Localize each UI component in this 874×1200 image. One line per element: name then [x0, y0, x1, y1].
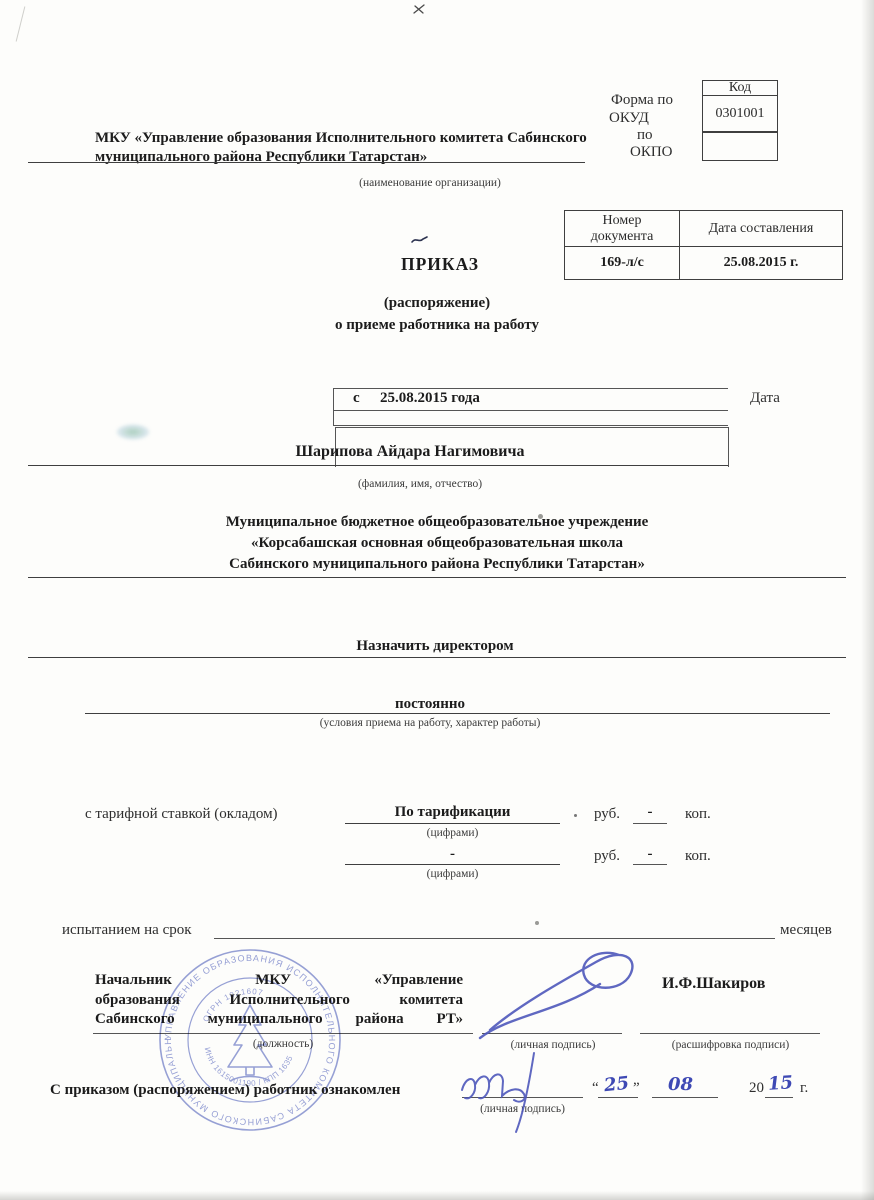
conditions-value: постоянно: [330, 696, 530, 713]
pen-mark-top: [412, 2, 428, 17]
okud-code-cell: 0301001: [702, 95, 778, 133]
digits-caption-2: (цифрами): [395, 868, 510, 880]
order-subtitle-1: (распоряжение): [287, 295, 587, 312]
order-title: ПРИКАЗ: [380, 254, 500, 275]
handwritten-year: 15: [767, 1072, 793, 1095]
kop-label-1: коп.: [685, 806, 711, 823]
doc-date-header: Дата составления: [680, 211, 843, 247]
okpo-code-cell: [702, 131, 778, 161]
svg-text:УПРАВЛЕНИЕ ОБРАЗОВАНИЯ ИСПОЛНИ: УПРАВЛЕНИЕ ОБРАЗОВАНИЯ ИСПОЛНИТЕЛЬНОГО К…: [150, 943, 337, 1127]
code-table-header: Код: [702, 80, 778, 96]
employee-signature: [452, 1050, 567, 1135]
conditions-underline: [85, 713, 830, 714]
salary-value-2: -: [345, 846, 560, 863]
stamp-fir-tree-icon: [228, 1005, 272, 1081]
year-suffix: г.: [800, 1080, 808, 1097]
kop-label-2: коп.: [685, 848, 711, 865]
day-underline: [598, 1097, 638, 1098]
date-box-bottom-line: [333, 425, 728, 426]
date-label: Дата: [750, 390, 780, 407]
day-quote-close: ”: [633, 1080, 640, 1097]
label-forma-po: Форма по: [611, 92, 673, 109]
order-document-page: Форма по ОКУД по ОКПО Код 0301001 МКУ «У…: [0, 0, 874, 1200]
doc-number-table: Номер документа Дата составления 169-л/с…: [564, 210, 843, 280]
scan-artifact-dot: [574, 814, 577, 817]
date-box-top-line: [333, 388, 728, 389]
name-line: [640, 1033, 820, 1034]
rub-dash-line-1: [633, 823, 667, 824]
organization-caption: (наименование организации): [330, 177, 530, 189]
doc-date-value: 25.08.2015 г.: [680, 247, 843, 280]
hire-date-value: 25.08.2015 года: [380, 390, 480, 407]
scan-crease-line: [16, 6, 26, 41]
workplace-name: Муниципальное бюджетное общеобразователь…: [147, 512, 727, 575]
ink-smudge: [116, 424, 150, 440]
handwritten-month: 08: [668, 1074, 693, 1095]
probation-label: испытанием на срок: [62, 922, 192, 939]
appointment-text: Назначить директором: [250, 638, 620, 655]
digits-caption-1: (цифрами): [395, 827, 510, 839]
appointment-underline: [28, 657, 846, 658]
scan-artifact-dot: [535, 921, 539, 925]
scan-edge-bottom: [0, 1191, 874, 1200]
doc-number-value: 169-л/с: [565, 247, 680, 280]
rub-label-2: руб.: [594, 848, 620, 865]
handwritten-day: 25: [603, 1073, 630, 1097]
label-okud: ОКУД: [609, 110, 649, 127]
code-table: Код 0301001: [702, 80, 778, 161]
acknowledgement-label: С приказом (распоряжением) работник озна…: [50, 1082, 400, 1099]
rub-label-1: руб.: [594, 806, 620, 823]
salary-underline-2: [345, 864, 560, 865]
name-caption: (расшифровка подписи): [638, 1039, 823, 1051]
order-subtitle-2: о приеме работника на работу: [287, 317, 587, 334]
pen-squiggle-above-title: [410, 234, 430, 246]
stamp-outer-text: УПРАВЛЕНИЕ ОБРАЗОВАНИЯ ИСПОЛНИТЕЛЬНОГО К…: [150, 943, 337, 1127]
organization-stamp: УПРАВЛЕНИЕ ОБРАЗОВАНИЯ ИСПОЛНИТЕЛЬНОГО К…: [150, 943, 350, 1137]
conditions-caption: (условия приема на работу, характер рабо…: [270, 717, 590, 729]
workplace-underline: [28, 577, 846, 578]
signatory-name: И.Ф.Шакиров: [662, 975, 765, 993]
director-signature: [472, 938, 652, 1048]
doc-number-header: Номер документа: [565, 211, 680, 247]
rub-dash-line-2: [633, 864, 667, 865]
day-quote-open: “: [592, 1080, 599, 1097]
rub-dash-1: -: [633, 804, 667, 821]
year-prefix: 20: [749, 1080, 764, 1097]
probation-months-label: месяцев: [780, 922, 832, 939]
employee-name: Шарипова Айдара Нагимовича: [240, 443, 580, 461]
date-box-mid-line: [333, 410, 728, 411]
scan-edge-right: [861, 0, 874, 1200]
month-underline: [652, 1097, 718, 1098]
salary-underline-1: [345, 823, 560, 824]
label-po: по: [637, 127, 653, 144]
salary-label: с тарифной ставкой (окладом): [85, 806, 278, 823]
salary-value-1: По тарификации: [345, 804, 560, 821]
rub-dash-2: -: [633, 846, 667, 863]
employee-name-caption: (фамилия, имя, отчество): [315, 478, 525, 490]
date-box-left-border: [333, 388, 334, 426]
employee-name-underline: [28, 465, 728, 466]
year-underline: [765, 1097, 793, 1098]
hire-date-prefix: с: [353, 390, 360, 407]
label-okpo: ОКПО: [630, 144, 673, 161]
organization-underline: [28, 162, 585, 163]
